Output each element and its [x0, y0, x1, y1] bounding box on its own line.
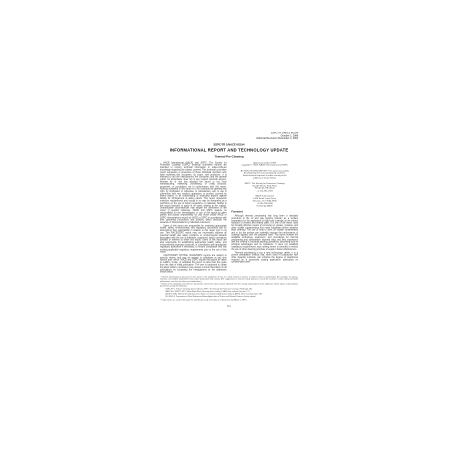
footnote-1: ¹ Thermal precleaning as discussed in th… — [160, 276, 298, 282]
foreword-paragraph-2: Thermal precleaning is not a new technol… — [231, 252, 298, 264]
trade-name-note: * Trade names are used in this report fo… — [160, 299, 298, 301]
left-column: NACE International (NACE) and SSPC: The … — [160, 162, 227, 275]
approval-block: Approved October 1999 Copyright © 2004, … — [231, 162, 298, 167]
footnotes-block: ¹ Thermal precleaning as discussed in th… — [160, 276, 298, 301]
printed-by-line: Printed by NACE — [231, 205, 298, 207]
document-number: SSPC-TR 1/NACE 6G194 — [160, 143, 298, 146]
nace-address-block: NACE International 1440 South Creek Driv… — [231, 195, 298, 207]
footnote-2-intro: ² Details of the standards and reference… — [160, 283, 298, 287]
right-column: Approved October 1999 Copyright © 2004, … — [231, 162, 298, 275]
disclaimer-paragraph-2: Users of this report are responsible for… — [160, 225, 227, 254]
document-title: INFORMATIONAL REPORT AND TECHNOLOGY UPDA… — [160, 148, 298, 153]
action-block: ACTION ON THIS REPORT: This report was j… — [231, 170, 298, 180]
copyright-line: Copyright © 2004, NACE International and… — [231, 164, 298, 166]
header-revision-note: Editorial Revisions November 1, 2004 — [160, 137, 298, 140]
sspc-address-block: SSPC: The Society for Protective Coating… — [231, 182, 298, 192]
document-page-content: SSPC-TR 1/NACE 6G194 October 1, 1999 Edi… — [160, 132, 298, 308]
action-line: addresses shown below. — [231, 177, 298, 179]
footnote-2-reference: ISO 8502-3, Preparation of Steel Substra… — [165, 296, 298, 298]
document-page: SSPC-TR 1/NACE 6G194 October 1, 1999 Edi… — [160, 132, 298, 316]
page-number: 6-1 — [160, 305, 298, 307]
document-preview-canvas: SSPC-TR 1/NACE 6G194 October 1, 1999 Edi… — [0, 0, 458, 458]
foreword-paragraph-1: Although thermal precleaning has long be… — [231, 215, 298, 251]
disclaimer-paragraph-1: NACE International (NACE) and SSPC: The … — [160, 162, 227, 224]
two-column-body: NACE International (NACE) and SSPC: The … — [160, 162, 298, 275]
sspc-phone: +1 412-281-2331 — [231, 190, 298, 192]
document-subtitle: Thermal Pre-Cleaning — [160, 155, 298, 158]
cautionary-notice-paragraph: CAUTIONARY NOTICE: NACE/SSPC reports are… — [160, 254, 227, 273]
foreword-heading: Foreword — [231, 210, 298, 213]
document-header-right: SSPC-TR 1/NACE 6G194 October 1, 1999 Edi… — [160, 132, 298, 140]
